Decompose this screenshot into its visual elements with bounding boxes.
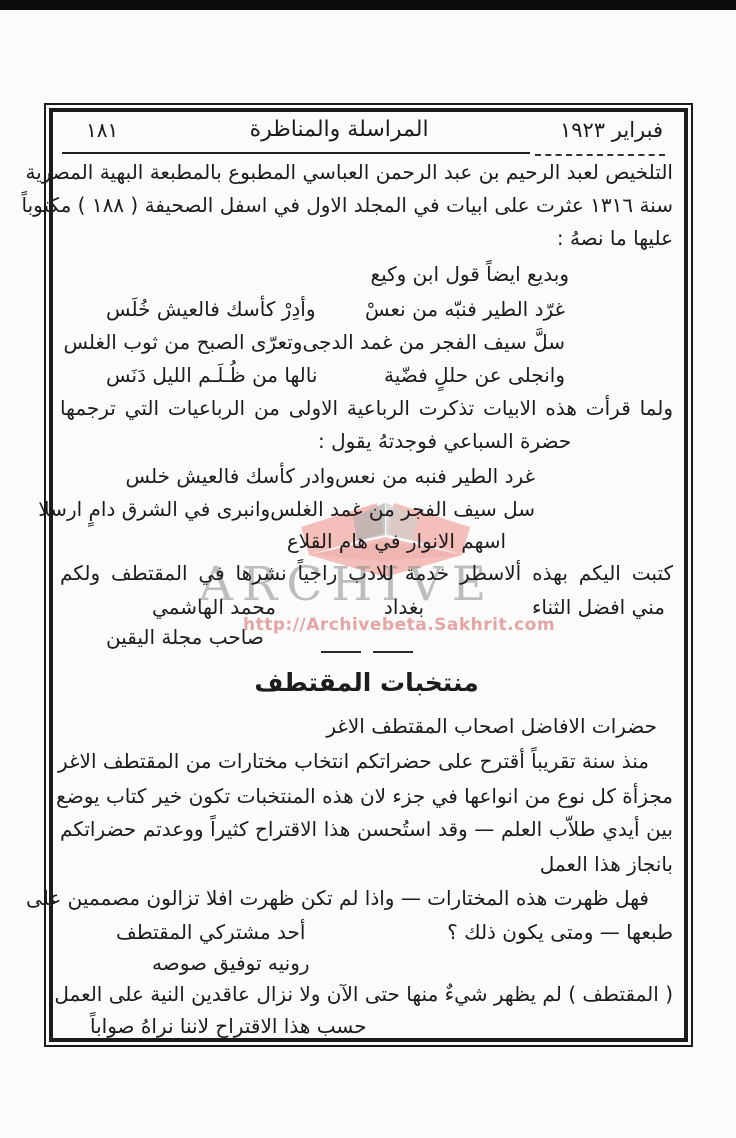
verse-right: غرد الطير فنبه من نعس [335, 460, 535, 492]
text-right: طبعها — ومتى يكون ذلك ؟ [447, 916, 673, 948]
verse-left: نالها من ظُـلَـم الليل دَنَس [106, 359, 317, 391]
text-line: فهل ظهرت هذه المختارات — واذا لم تكن ظهر… [60, 883, 673, 913]
text-line: مجزأة كل نوع من انواعها في جزء لان هذه ا… [60, 781, 673, 811]
verse-left: وتعرّى الصبح من ثوب الغلس [63, 326, 302, 358]
poem-intro-line: وبديع ايضاً قول ابن وكيع [60, 259, 673, 289]
verse-last-line: اسهم الانوار في هام القلاع [60, 526, 673, 556]
text-line: حضرة السباعي فوجدتهُ يقول : [60, 426, 673, 456]
verse-row: غرد الطير فنبه من نعس وادر كأسك فالعيش خ… [60, 460, 673, 492]
text-line: بين أيدي طلاّب العلم — وقد استُحسن هذا ا… [60, 814, 673, 844]
text-line: ( المقتطف ) لم يظهر شيءٌ منها حتى الآن و… [60, 979, 673, 1009]
text-line: بانجاز هذا العمل [60, 849, 673, 879]
section-divider [321, 651, 413, 653]
page-header: فبراير ١٩٢٣ المراسلة والمناظرة ١٨١ [60, 113, 673, 147]
signature-name: محمد الهاشمي [152, 592, 276, 622]
verse-right: غرّد الطير فنبّه من نعسْ [365, 293, 565, 325]
verse-row: سل سيف الفجر من غمد الغلس وانبرى في الشر… [60, 493, 673, 525]
verse-right: سل سيف الفجر من غمد الغلس [270, 493, 535, 525]
text-line: حسب هذا الاقتراح لاننا نراهُ صواباً [60, 1011, 673, 1041]
text-line: ولما قرأت هذه الابيات تذكرت الرباعية الا… [60, 393, 673, 423]
header-title: المراسلة والمناظرة [118, 113, 560, 147]
signature-city: بغداد [384, 592, 424, 622]
verse-row: غرّد الطير فنبّه من نعسْ وأدِرْ كأسك فال… [60, 293, 673, 325]
signature-thanks: مني افضل الثناء [532, 592, 665, 622]
text-line: عليها ما نصهُ : [60, 223, 673, 253]
verse-left: وأدِرْ كأسك فالعيش خُلَس [106, 293, 316, 325]
section-heading: منتخبات المقتطف [60, 664, 673, 702]
letter-signature: رونيه توفيق صوصه [60, 948, 673, 978]
header-page-number: ١٨١ [60, 113, 118, 147]
text-line: منذ سنة تقريباً أقترح على حضراتكم انتخاب… [60, 746, 673, 776]
signature-row: مني افضل الثناء بغداد محمد الهاشمي [60, 592, 673, 622]
page-content: فبراير ١٩٢٣ المراسلة والمناظرة ١٨١ التلخ… [60, 113, 673, 1037]
header-rule-dashed [535, 154, 665, 156]
header-rule [62, 152, 530, 154]
subscriber-signature: أحد مشتركي المقتطف [116, 916, 305, 948]
verse-row: سلَّ سيف الفجر من غمد الدجى وتعرّى الصبح… [60, 326, 673, 358]
salutation-line: حضرات الافاضل اصحاب المقتطف الاغر [60, 711, 673, 741]
text-line: التلخيص لعبد الرحيم بن عبد الرحمن العباس… [60, 157, 673, 187]
signature-title: صاحب مجلة اليقين [60, 622, 673, 652]
text-line: كتبت اليكم بهذه ألاسطر خدمة للادب راجياً… [60, 558, 673, 588]
text-line: سنة ١٣١٦ عثرت على ابيات في المجلد الاول … [60, 190, 673, 220]
verse-right: سلَّ سيف الفجر من غمد الدجى [302, 326, 565, 358]
verse-row: وانجلى عن حللٍ فضّية نالها من ظُـلَـم ال… [60, 359, 673, 391]
verse-right: وانجلى عن حللٍ فضّية [384, 359, 565, 391]
verse-left: وانبرى في الشرق دامٍ ارسلا [38, 493, 270, 525]
header-date: فبراير ١٩٢٣ [560, 113, 673, 147]
verse-left: وادر كأسك فالعيش خلس [126, 460, 336, 492]
scan-top-bar [0, 0, 736, 10]
text-row: طبعها — ومتى يكون ذلك ؟ أحد مشتركي المقت… [60, 916, 673, 948]
page-scan: { "header": { "date": "فبراير ١٩٢٣", "ti… [0, 0, 736, 1138]
